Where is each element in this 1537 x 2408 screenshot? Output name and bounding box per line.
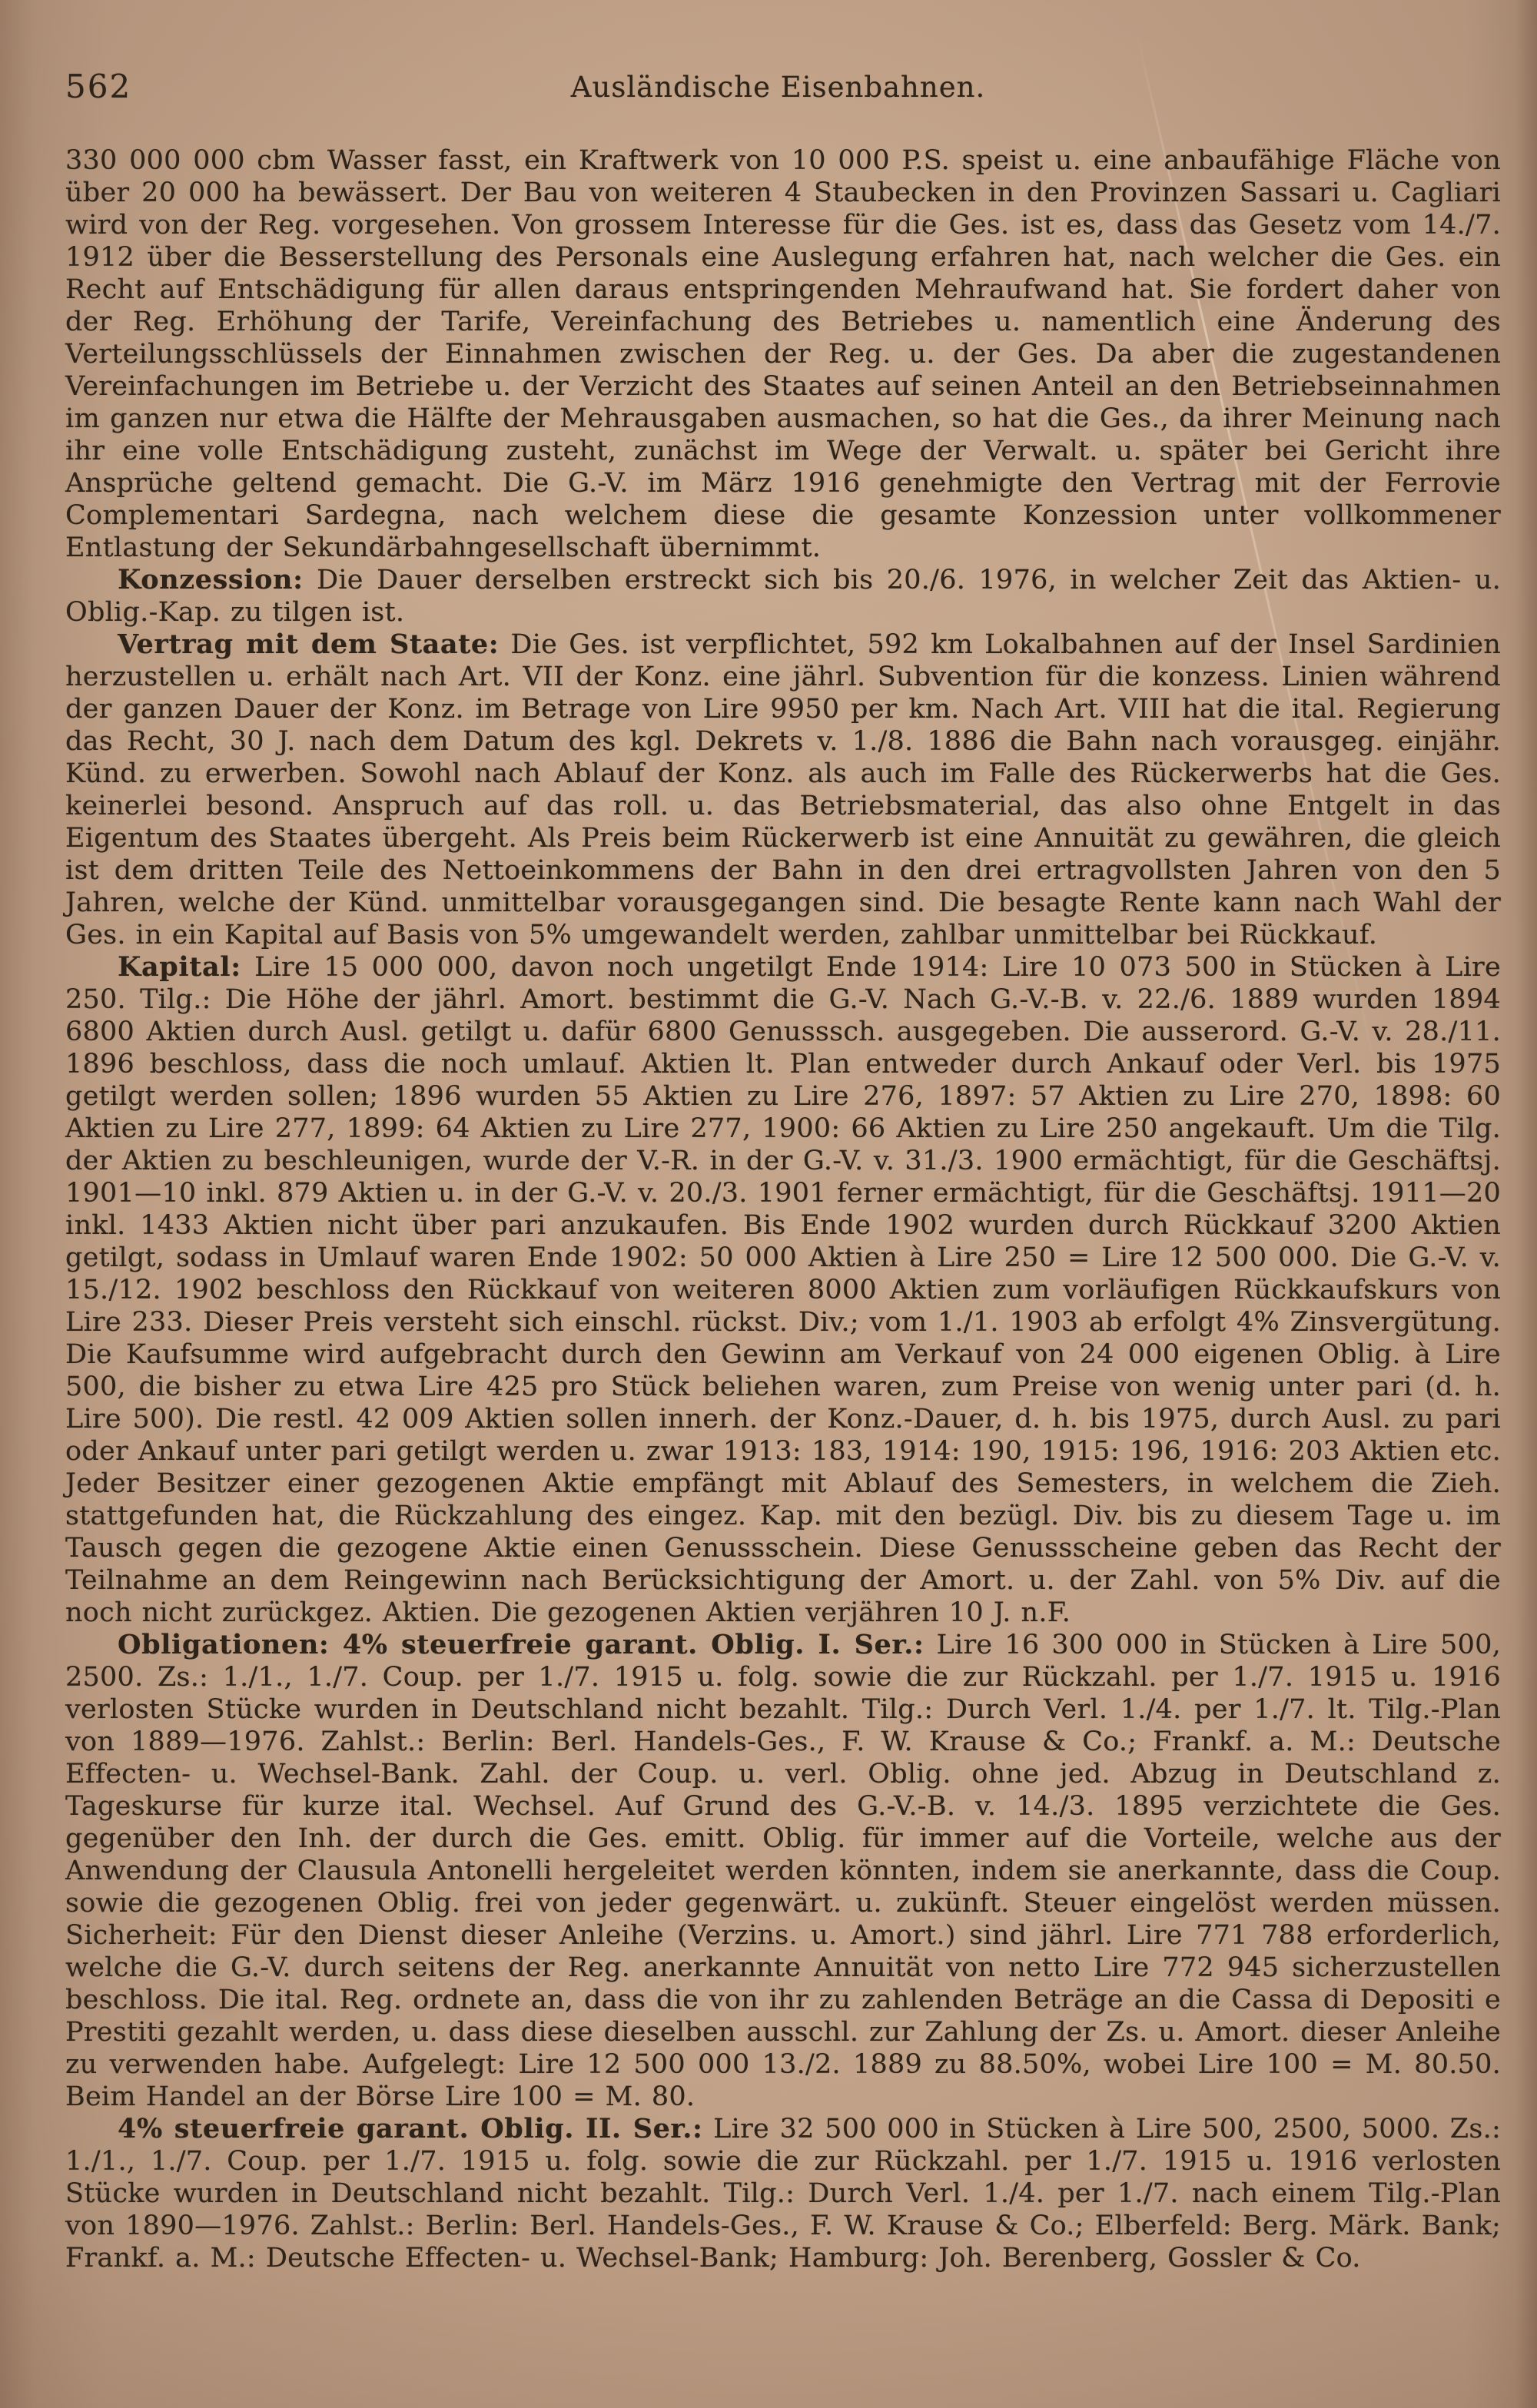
paragraph-kapital: Kapital: Lire 15 000 000, davon noch ung…	[65, 951, 1501, 1629]
running-header: Ausländische Eisenbahnen.	[65, 71, 1491, 104]
paragraph-lead: Vertrag mit dem Staate:	[118, 629, 499, 660]
paragraph-obligationen-serie-1: Obligationen: 4% steuerfreie garant. Obl…	[65, 1629, 1501, 2113]
page-header: 562 Ausländische Eisenbahnen.	[65, 68, 1491, 108]
paragraph-lead: Konzession:	[118, 564, 304, 595]
paragraph-text: Lire 15 000 000, davon noch ungetilgt En…	[65, 952, 1501, 1628]
paragraph-text: Lire 16 300 000 in Stücken à Lire 500, 2…	[65, 1630, 1501, 2112]
page-body: 330 000 000 cbm Wasser fasst, ein Kraftw…	[65, 144, 1501, 2274]
paragraph-lead: Kapital:	[118, 951, 241, 983]
paragraph-konzession: Konzession: Die Dauer derselben erstreck…	[65, 564, 1501, 629]
paragraph-text: Die Ges. ist verpflichtet, 592 km Lokalb…	[65, 629, 1501, 950]
paragraph-vertrag-mit-dem-staate: Vertrag mit dem Staate: Die Ges. ist ver…	[65, 629, 1501, 951]
paragraph-obligationen-serie-2: 4% steuerfreie garant. Oblig. II. Ser.: …	[65, 2113, 1501, 2274]
paragraph-lead: Obligationen: 4% steuerfreie garant. Obl…	[118, 1629, 925, 1660]
paragraph-lead: 4% steuerfreie garant. Oblig. II. Ser.:	[118, 2113, 703, 2144]
book-page: 562 Ausländische Eisenbahnen. 330 000 00…	[0, 0, 1537, 2408]
paragraph-text: 330 000 000 cbm Wasser fasst, ein Kraftw…	[65, 145, 1501, 563]
paragraph-continuation: 330 000 000 cbm Wasser fasst, ein Kraftw…	[65, 144, 1501, 564]
